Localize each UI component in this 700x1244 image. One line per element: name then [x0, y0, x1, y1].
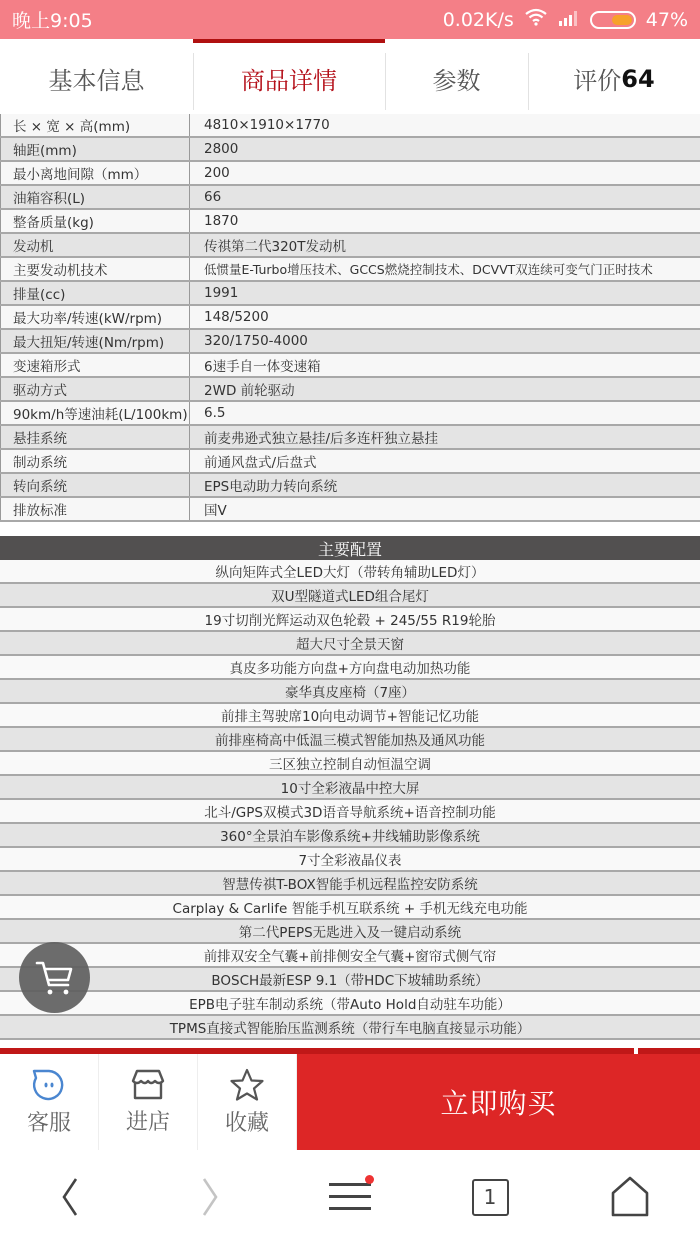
- battery-percent: 47%: [646, 9, 688, 31]
- spec-value: 200: [190, 162, 700, 184]
- config-item: 第二代PEPS无匙进入及一键启动系统: [0, 920, 700, 944]
- spec-row: 长 × 宽 × 高(mm)4810×1910×1770: [0, 114, 700, 138]
- config-item: EPB电子驻车制动系统（带Auto Hold自动驻车功能）: [0, 992, 700, 1016]
- config-item: 前排座椅高中低温三模式智能加热及通风功能: [0, 728, 700, 752]
- tab-label: 基本信息: [49, 61, 145, 96]
- spec-row: 排放标准国V: [0, 498, 700, 522]
- config-list: 纵向矩阵式全LED大灯（带转角辅助LED灯） 双U型隧道式LED组合尾灯 19寸…: [0, 560, 700, 1040]
- config-item: BOSCH最新ESP 9.1（带HDC下坡辅助系统）: [0, 968, 700, 992]
- spec-row: 排量(cc)1991: [0, 282, 700, 306]
- spec-key: 转向系统: [0, 474, 190, 496]
- spec-row: 最大功率/转速(kW/rpm)148/5200: [0, 306, 700, 330]
- spec-value: 1991: [190, 282, 700, 304]
- action-bar: 客服 进店 收藏 立即购买: [0, 1054, 700, 1150]
- config-item: 前排双安全气囊+前排侧安全气囊+窗帘式侧气帘: [0, 944, 700, 968]
- config-item: 北斗/GPS双模式3D语音导航系统+语音控制功能: [0, 800, 700, 824]
- spec-value: 低惯量E-Turbo增压技术、GCCS燃烧控制技术、DCVVT双连续可变气门正时…: [190, 258, 700, 280]
- spec-value: 4810×1910×1770: [190, 114, 700, 136]
- tab-label: 商品详情: [241, 61, 337, 96]
- spec-value: 66: [190, 186, 700, 208]
- spec-value: 2800: [190, 138, 700, 160]
- spec-key: 变速箱形式: [0, 354, 190, 376]
- spec-value: 2WD 前轮驱动: [190, 378, 700, 400]
- config-item: 纵向矩阵式全LED大灯（带转角辅助LED灯）: [0, 560, 700, 584]
- spec-key: 悬挂系统: [0, 426, 190, 448]
- spec-key: 最小离地间隙（mm）: [0, 162, 190, 184]
- store-icon: [131, 1069, 165, 1101]
- menu-icon: [328, 1179, 372, 1215]
- config-item: 超大尺寸全景天窗: [0, 632, 700, 656]
- spec-value: 6速手自一体变速箱: [190, 354, 700, 376]
- review-count: 64: [621, 65, 654, 93]
- spec-key: 油箱容积(L): [0, 186, 190, 208]
- spec-row: 发动机传祺第二代320T发动机: [0, 234, 700, 258]
- config-item: 真皮多功能方向盘+方向盘电动加热功能: [0, 656, 700, 680]
- status-right: 0.02K/s 47%: [443, 8, 688, 31]
- spec-key: 最大扭矩/转速(Nm/rpm): [0, 330, 190, 352]
- chevron-left-icon: [58, 1176, 82, 1218]
- spec-key: 驱动方式: [0, 378, 190, 400]
- spec-key: 排放标准: [0, 498, 190, 520]
- config-item: 三区独立控制自动恒温空调: [0, 752, 700, 776]
- spec-key: 排量(cc): [0, 282, 190, 304]
- status-time: 晚上9:05: [12, 6, 443, 33]
- tab-count-icon: 1: [472, 1179, 509, 1216]
- favorite-button[interactable]: 收藏: [198, 1054, 297, 1150]
- config-item: 7寸全彩液晶仪表: [0, 848, 700, 872]
- spec-value: 国V: [190, 498, 700, 520]
- spec-key: 制动系统: [0, 450, 190, 472]
- browser-nav-bar: 1: [0, 1150, 700, 1244]
- store-button[interactable]: 进店: [99, 1054, 198, 1150]
- spec-row: 驱动方式2WD 前轮驱动: [0, 378, 700, 402]
- store-label: 进店: [126, 1105, 170, 1136]
- config-item: 智慧传祺T-BOX智能手机远程监控安防系统: [0, 872, 700, 896]
- product-detail-content[interactable]: 长 × 宽 × 高(mm)4810×1910×1770 轴距(mm)2800 最…: [0, 114, 700, 1048]
- spec-key: 整备质量(kg): [0, 210, 190, 232]
- spec-value: 前麦弗逊式独立悬挂/后多连杆独立悬挂: [190, 426, 700, 448]
- tab-parameters[interactable]: 参数: [385, 39, 528, 118]
- config-header: 主要配置: [0, 536, 700, 560]
- favorite-label: 收藏: [225, 1106, 269, 1137]
- spec-row: 最大扭矩/转速(Nm/rpm)320/1750-4000: [0, 330, 700, 354]
- spec-row: 制动系统前通风盘式/后盘式: [0, 450, 700, 474]
- spec-value: EPS电动助力转向系统: [190, 474, 700, 496]
- spec-row: 转向系统EPS电动助力转向系统: [0, 474, 700, 498]
- spec-key: 轴距(mm): [0, 138, 190, 160]
- config-item: 10寸全彩液晶中控大屏: [0, 776, 700, 800]
- chat-bubble-icon: [31, 1068, 67, 1102]
- spec-key: 最大功率/转速(kW/rpm): [0, 306, 190, 328]
- signal-icon: [558, 9, 580, 31]
- spec-key: 主要发动机技术: [0, 258, 190, 280]
- spec-value: 1870: [190, 210, 700, 232]
- spec-row: 90km/h等速油耗(L/100km)6.5: [0, 402, 700, 426]
- spec-key: 长 × 宽 × 高(mm): [0, 114, 190, 136]
- spec-row: 最小离地间隙（mm）200: [0, 162, 700, 186]
- spec-row: 主要发动机技术低惯量E-Turbo增压技术、GCCS燃烧控制技术、DCVVT双连…: [0, 258, 700, 282]
- tab-product-details[interactable]: 商品详情: [193, 39, 385, 118]
- spec-value: 320/1750-4000: [190, 330, 700, 352]
- config-item: 前排主驾驶席10向电动调节+智能记忆功能: [0, 704, 700, 728]
- spec-value: 148/5200: [190, 306, 700, 328]
- network-speed: 0.02K/s: [443, 9, 514, 31]
- tab-reviews[interactable]: 评价64: [528, 39, 700, 118]
- battery-icon: [590, 11, 636, 29]
- spec-row: 悬挂系统前麦弗逊式独立悬挂/后多连杆独立悬挂: [0, 426, 700, 450]
- customer-service-button[interactable]: 客服: [0, 1054, 99, 1150]
- wifi-icon: [524, 8, 548, 31]
- config-item: Carplay & Carlife 智能手机互联系统 + 手机无线充电功能: [0, 896, 700, 920]
- spec-value: 传祺第二代320T发动机: [190, 234, 700, 256]
- status-bar: 晚上9:05 0.02K/s 47%: [0, 0, 700, 39]
- back-button[interactable]: [30, 1167, 110, 1227]
- spec-table: 长 × 宽 × 高(mm)4810×1910×1770 轴距(mm)2800 最…: [0, 114, 700, 522]
- chevron-right-icon: [198, 1176, 222, 1218]
- spec-key: 90km/h等速油耗(L/100km): [0, 402, 190, 424]
- spec-value: 6.5: [190, 402, 700, 424]
- cart-button[interactable]: [19, 942, 90, 1013]
- spec-row: 油箱容积(L)66: [0, 186, 700, 210]
- config-item: 双U型隧道式LED组合尾灯: [0, 584, 700, 608]
- spec-value: 前通风盘式/后盘式: [190, 450, 700, 472]
- tab-bar: 基本信息 商品详情 参数 评价64: [0, 39, 700, 118]
- tabs-button[interactable]: 1: [450, 1167, 530, 1227]
- shopping-cart-icon: [35, 959, 75, 997]
- tab-label: 参数: [433, 61, 481, 96]
- spec-row: 变速箱形式6速手自一体变速箱: [0, 354, 700, 378]
- star-icon: [230, 1068, 264, 1102]
- buy-now-button[interactable]: 立即购买: [297, 1054, 700, 1150]
- home-icon: [610, 1176, 650, 1218]
- config-item: 19寸切削光辉运动双色轮毂 + 245/55 R19轮胎: [0, 608, 700, 632]
- spec-key: 发动机: [0, 234, 190, 256]
- forward-button[interactable]: [170, 1167, 250, 1227]
- tab-basic-info[interactable]: 基本信息: [0, 39, 193, 118]
- spec-row: 轴距(mm)2800: [0, 138, 700, 162]
- customer-service-label: 客服: [27, 1106, 71, 1137]
- tab-label: 评价: [573, 61, 621, 96]
- config-item: TPMS直接式智能胎压监测系统（带行车电脑直接显示功能）: [0, 1016, 700, 1040]
- notification-dot: [365, 1175, 374, 1184]
- spec-row: 整备质量(kg)1870: [0, 210, 700, 234]
- home-button[interactable]: [590, 1167, 670, 1227]
- config-item: 豪华真皮座椅（7座）: [0, 680, 700, 704]
- menu-button[interactable]: [310, 1167, 390, 1227]
- config-item: 360°全景泊车影像系统+井线辅助影像系统: [0, 824, 700, 848]
